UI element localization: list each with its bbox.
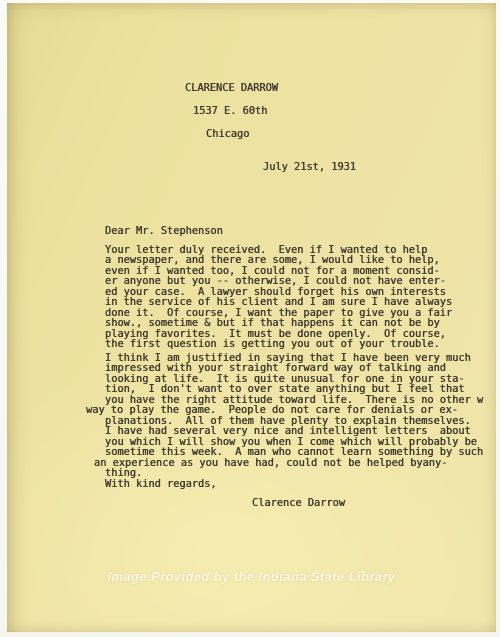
paragraph-2: I think I am justified in saying that I … xyxy=(105,353,483,478)
letter-date: July 21st, 1931 xyxy=(263,162,356,172)
letter-line: sometime this week. A man who cannot lea… xyxy=(105,447,483,457)
letterhead-address-street: 1537 E. 60th xyxy=(193,106,267,116)
watermark: Image Provided by the Indiana State Libr… xyxy=(7,569,496,584)
closing: With kind regards, xyxy=(105,479,217,489)
letter-paper: CLARENCE DARROW 1537 E. 60th Chicago Jul… xyxy=(7,3,496,632)
letterhead-name: CLARENCE DARROW xyxy=(185,83,278,93)
signature: Clarence Darrow xyxy=(252,498,345,508)
letter-line: thing. xyxy=(105,468,483,478)
letter-line: the first question is getting you out of… xyxy=(105,339,452,349)
letter-line: an experience as you have had, could not… xyxy=(94,458,483,468)
scanned-letter: CLARENCE DARROW 1537 E. 60th Chicago Jul… xyxy=(0,0,500,637)
salutation: Dear Mr. Stephenson xyxy=(105,226,223,236)
letterhead-address-city: Chicago xyxy=(206,129,249,139)
paragraph-1: Your letter duly received. Even if I wan… xyxy=(105,245,452,350)
